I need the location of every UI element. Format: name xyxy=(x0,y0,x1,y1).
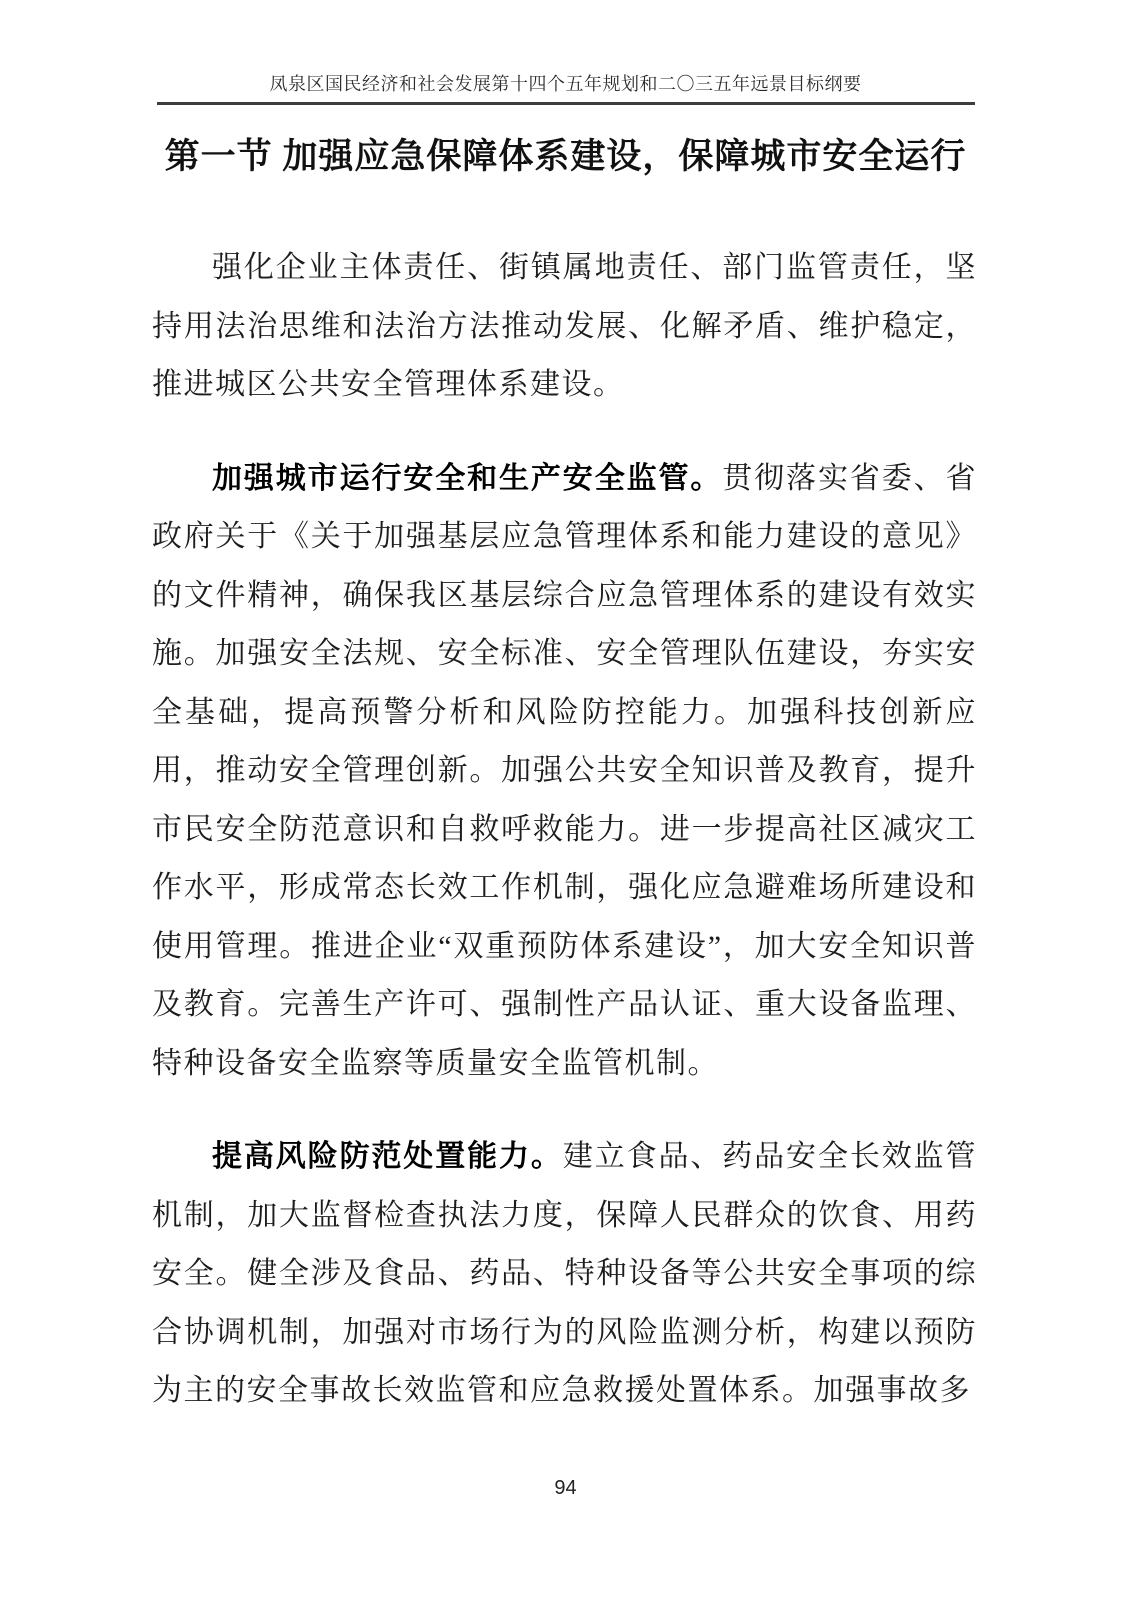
header-rule xyxy=(157,102,975,105)
body-paragraph-2: 加强城市运行安全和生产安全监管。贯彻落实省委、省政府关于《关于加强基层应急管理体… xyxy=(152,450,977,1094)
document-page: 凤泉区国民经济和社会发展第十四个五年规划和二〇三五年远景目标纲要 第一节 加强应… xyxy=(0,0,1131,1600)
paragraph-3-text: 建立食品、药品安全长效监管机制，加大监督检查执法力度，保障人民群众的饮食、用药安… xyxy=(152,1140,977,1407)
section-title: 第一节 加强应急保障体系建设，保障城市安全运行 xyxy=(90,133,1041,181)
running-head: 凤泉区国民经济和社会发展第十四个五年规划和二〇三五年远景目标纲要 xyxy=(0,0,1131,95)
paragraph-3-lead: 提高风险防范处置能力。 xyxy=(212,1140,563,1173)
paragraph-2-text: 贯彻落实省委、省政府关于《关于加强基层应急管理体系和能力建设的意见》的文件精神，… xyxy=(152,462,977,1080)
body-paragraph-1: 强化企业主体责任、街镇属地责任、部门监管责任，坚持用法治思维和法治方法推动发展、… xyxy=(152,239,977,415)
document-body: 强化企业主体责任、街镇属地责任、部门监管责任，坚持用法治思维和法治方法推动发展、… xyxy=(152,239,977,1421)
paragraph-1-text: 强化企业主体责任、街镇属地责任、部门监管责任，坚持用法治思维和法治方法推动发展、… xyxy=(152,251,977,401)
body-paragraph-3: 提高风险防范处置能力。建立食品、药品安全长效监管机制，加大监督检查执法力度，保障… xyxy=(152,1128,977,1421)
page-number: 94 xyxy=(0,1476,1131,1500)
paragraph-2-lead: 加强城市运行安全和生产安全监管。 xyxy=(212,462,722,495)
